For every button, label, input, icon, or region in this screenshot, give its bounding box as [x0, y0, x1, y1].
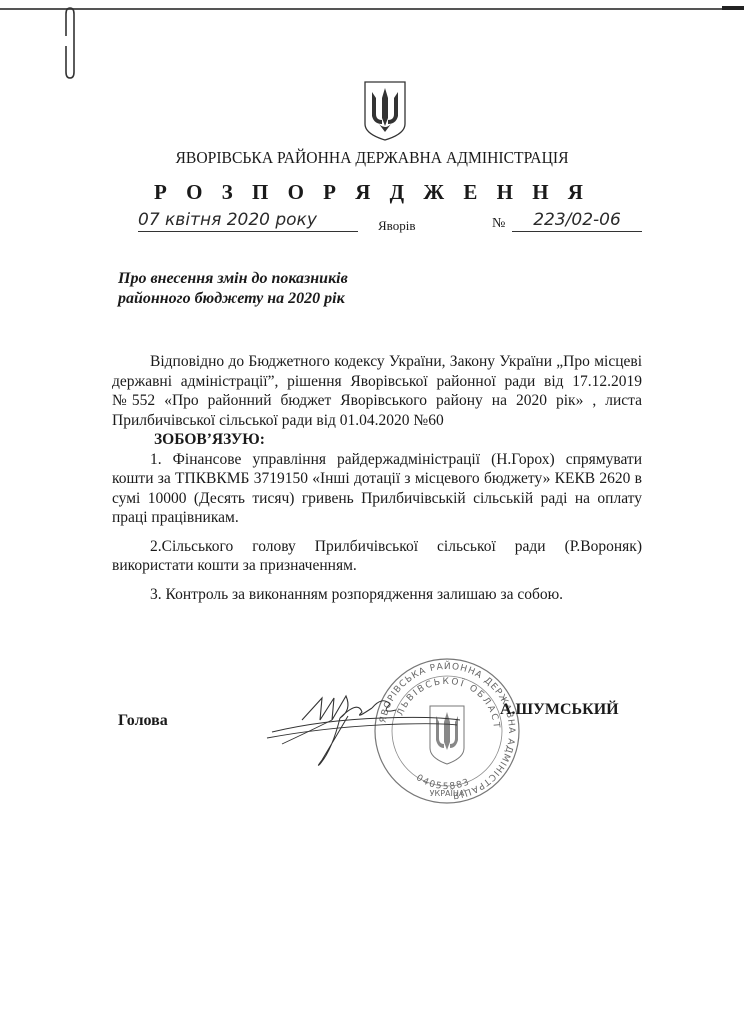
document-type-title: Р О З П О Р Я Д Ж Е Н Н Я [0, 180, 744, 205]
order-item-2: 2.Сільського голову Прилбичівської сільс… [112, 537, 642, 576]
preamble-paragraph: Відповідно до Бюджетного кодексу України… [112, 352, 642, 430]
orders-heading: ЗОБОВ’ЯЗУЮ: [154, 430, 642, 450]
paperclip-icon [62, 6, 78, 80]
subject-line-1: Про внесення змін до показників [118, 269, 348, 289]
organization-name: ЯВОРІВСЬКА РАЙОННА ДЕРЖАВНА АДМІНІСТРАЦІ… [30, 148, 714, 168]
signatory-name: А.ШУМСЬКИЙ [500, 701, 619, 719]
scan-edge-line [0, 8, 744, 10]
order-item-3: 3. Контроль за виконанням розпорядження … [112, 585, 642, 605]
order-item-1: 1. Фінансове управління райдержадміністр… [112, 450, 642, 528]
document-body: Відповідно до Бюджетного кодексу України… [112, 352, 642, 604]
signatory-title: Голова [118, 712, 168, 730]
scan-edge-mark [722, 6, 744, 10]
handwritten-signature [262, 690, 462, 770]
stamp-country: УКРАЇНА [430, 788, 465, 798]
place-of-issue: Яворів [378, 218, 415, 234]
ukraine-trident-icon [362, 80, 408, 142]
subject-heading: Про внесення змін до показників районног… [118, 269, 348, 309]
subject-line-2: районного бюджету на 2020 рік [118, 289, 348, 309]
handwritten-date: 07 квітня 2020 року [138, 210, 358, 232]
number-label: № [492, 216, 505, 232]
handwritten-number: 223/02-06 [512, 210, 642, 232]
